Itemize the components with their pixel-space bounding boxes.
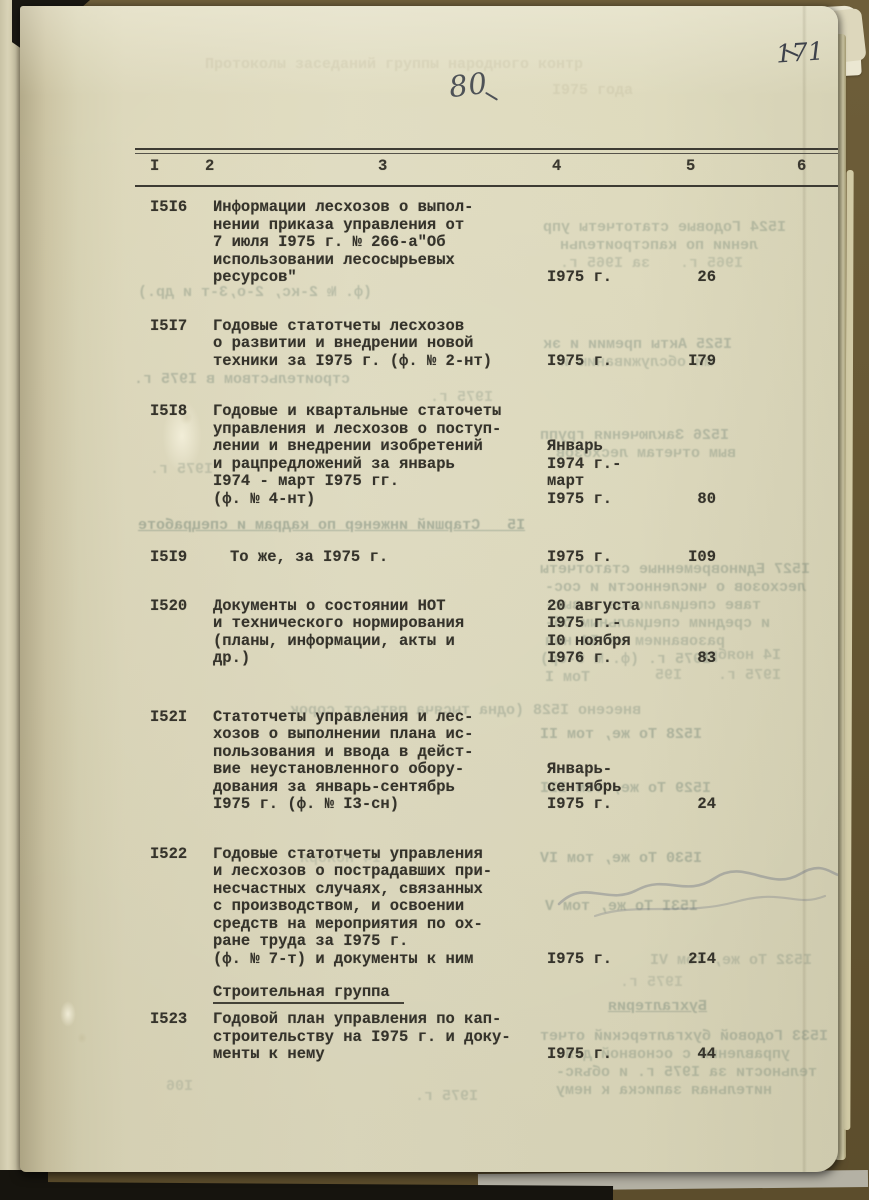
entry-page-count: 24 [680, 796, 716, 814]
entry-title: Годовые статотчеты управленияи лесхозов … [213, 846, 547, 969]
column-header: 2 [205, 157, 214, 175]
column-header: 3 [378, 157, 387, 175]
entry-page-count: 44 [680, 1046, 716, 1064]
table-header-rule [135, 185, 838, 187]
column-header: 6 [797, 157, 806, 175]
register-entry: I5I6Информации лесхозов о выпол-нении пр… [150, 199, 750, 287]
entry-page-count: 26 [680, 269, 716, 287]
entry-number: I5I8 [150, 403, 213, 421]
entry-number: I523 [150, 1011, 213, 1029]
entry-number: I52I [150, 709, 213, 727]
entry-dates: I975 г. [547, 1046, 680, 1064]
register-entry: I522Годовые статотчеты управленияи лесхо… [150, 846, 750, 969]
entry-dates: I975 г. [547, 269, 680, 287]
table-top-rule [135, 148, 838, 150]
archive-scan: Протоколы заседаний группы народного кон… [0, 0, 869, 1200]
entry-title: Годовые и квартальные статочетыуправлени… [213, 403, 547, 508]
entry-title: Документы о состоянии НОТи технического … [213, 598, 547, 668]
handwritten-sheet-number: 80 [447, 66, 490, 104]
entry-number: I522 [150, 846, 213, 864]
entry-number: I5I9 [150, 549, 213, 567]
bottom-shadow-strip [0, 1170, 48, 1200]
document-page: Протоколы заседаний группы народного кон… [20, 6, 838, 1172]
entry-title: Годовой план управления по кап-строитель… [213, 1011, 547, 1064]
register-entry: I5I8Годовые и квартальные статочетыуправ… [150, 403, 750, 508]
entry-page-count: 83 [680, 650, 716, 668]
entry-number: I5I6 [150, 199, 213, 217]
entry-dates: ЯнварьI974 г.-мартI975 г. [547, 438, 680, 508]
entry-number: I5I7 [150, 318, 213, 336]
column-header: 4 [552, 157, 561, 175]
entry-number: I520 [150, 598, 213, 616]
register-entry: I52IСтатотчеты управления и лес-хозов о … [150, 709, 750, 814]
entry-dates: Январь-сентябрьI975 г. [547, 761, 680, 814]
entry-page-count: 2I4 [680, 951, 716, 969]
register-entry: I5I7Годовые статотчеты лесхозово развити… [150, 318, 750, 371]
entry-page-count: I79 [680, 353, 716, 371]
entry-title: Годовые статотчеты лесхозово развитии и … [213, 318, 547, 371]
entry-dates: I975 г. [547, 951, 680, 969]
typed-content: 80 171 I23456 I5I6Информации лесхозов о … [20, 6, 838, 1172]
table-top-rule-2 [135, 153, 838, 154]
entry-page-count: I09 [680, 549, 716, 567]
bottom-shadow-strip [38, 1182, 613, 1200]
entry-title: Информации лесхозов о выпол-нении приказ… [213, 199, 547, 287]
handwritten-page-number: 171 [775, 36, 825, 68]
column-header: 5 [686, 157, 695, 175]
register-entry: I5I9То же, за I975 г.I975 г.I09 [150, 549, 750, 567]
entry-dates: I975 г. [547, 549, 680, 567]
entry-dates: I975 г. [547, 353, 680, 371]
entry-page-count: 80 [680, 491, 716, 509]
register-rows: I5I6Информации лесхозов о выпол-нении пр… [150, 199, 750, 1064]
left-sheet-edges [0, 0, 22, 1178]
register-entry: I520Документы о состоянии НОТи техническ… [150, 598, 750, 668]
entry-title: Статотчеты управления и лес-хозов о выпо… [213, 709, 547, 814]
section-heading: Строительная группа [213, 983, 750, 1001]
entry-dates: 20 августаI975 г.-I0 ноябряI976 г. [547, 598, 680, 668]
entry-title: То же, за I975 г. [213, 549, 547, 567]
register-entry: I523Годовой план управления по кап-строи… [150, 1011, 750, 1064]
column-header: I [150, 157, 159, 175]
